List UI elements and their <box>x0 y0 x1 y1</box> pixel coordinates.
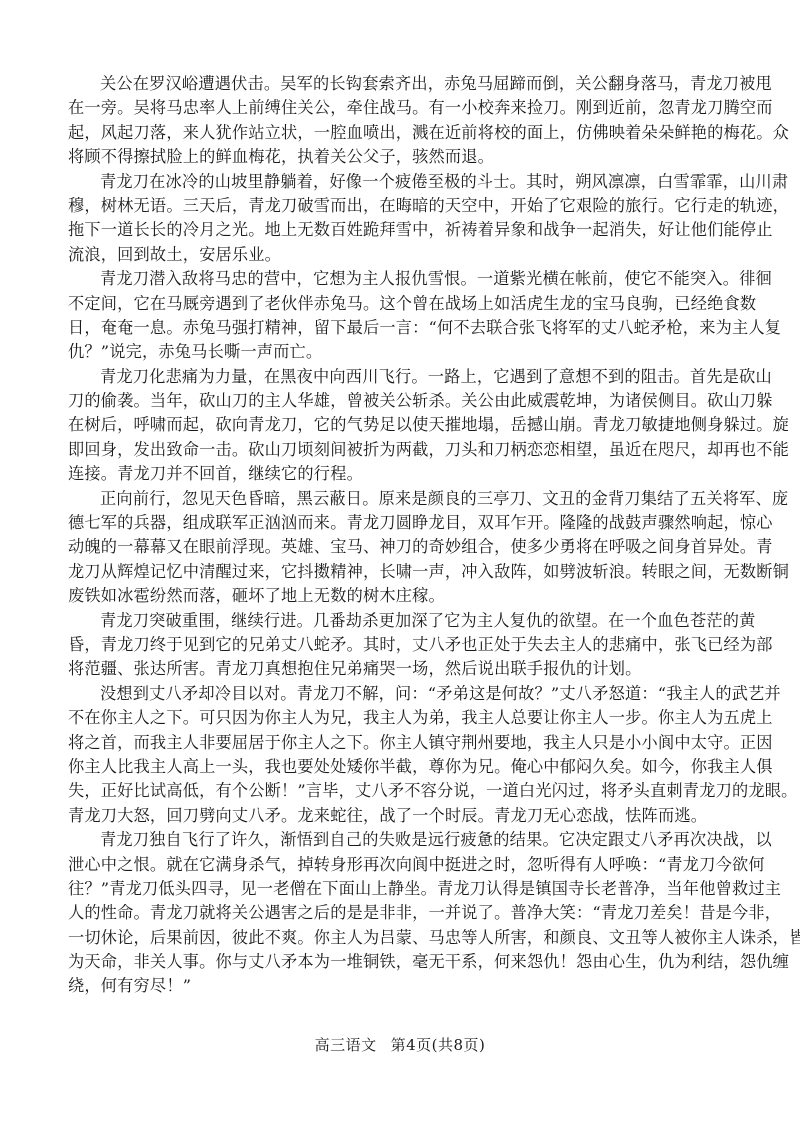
text-line: 失，正好比试高低，有个公断！”言毕，丈八矛不容分说，一道白光闪过，将矛头直刺青龙… <box>68 779 732 803</box>
text-line: 起，风起刀落，来人犹作站立状，一腔血喷出，溅在近前将校的面上，仿佛映着朵朵鲜艳的… <box>68 121 732 145</box>
text-line: 青龙刀突破重围，继续行进。几番劫杀更加深了它为主人复仇的欲望。在一个血色苍茫的黄 <box>68 609 732 633</box>
text-line: 泄心中之恨。就在它满身杀气，掉转身形再次向阆中挺进之时，忽听得有人呼唤：“青龙刀… <box>68 853 732 877</box>
text-line: 连接。青龙刀并不回首，继续它的行程。 <box>68 462 732 486</box>
text-line: 往？”青龙刀低头四寻，见一老僧在下面山上静坐。青龙刀认得是镇国寺长老普净，当年他… <box>68 877 732 901</box>
paragraph: 没想到丈八矛却冷目以对。青龙刀不解，问：“矛弟这是何故？”丈八矛怒道：“我主人的… <box>68 682 732 828</box>
text-line: 废铁如冰雹纷然而落，砸坏了地上无数的树木庄稼。 <box>68 584 732 608</box>
text-line: 将范疆、张达所害。青龙刀真想抱住兄弟痛哭一场，然后说出联手报仇的计划。 <box>68 657 732 681</box>
text-line: 正向前行，忽见天色昏暗，黑云蔽日。原来是颜良的三亭刀、文丑的金背刀集结了五关将军… <box>68 487 732 511</box>
paragraph: 正向前行，忽见天色昏暗，黑云蔽日。原来是颜良的三亭刀、文丑的金背刀集结了五关将军… <box>68 487 732 609</box>
text-line: 拖下一道长长的冷月之光。地上无数百姓跪拜雪中，祈祷着异象和战争一起消失，好让他们… <box>68 218 732 242</box>
paragraph: 青龙刀化悲痛为力量，在黑夜中向西川飞行。一路上，它遇到了意想不到的阻击。首先是砍… <box>68 365 732 487</box>
text-line: 在一旁。吴将马忠率人上前缚住关公，牵住战马。有一小校奔来捡刀。刚到近前，忽青龙刀… <box>68 96 732 120</box>
text-line: 你主人比我主人高上一头，我也要处处矮你半截，尊你为兄。俺心中郁闷久矣。如今，你我… <box>68 755 732 779</box>
text-line: 在树后，呼啸而起，砍向青龙刀，它的气势足以使天摧地塌，岳撼山崩。青龙刀敏捷地侧身… <box>68 413 732 437</box>
paragraph: 青龙刀突破重围，继续行进。几番劫杀更加深了它为主人复仇的欲望。在一个血色苍茫的黄… <box>68 609 732 682</box>
text-line: 流浪，回到故土，安居乐业。 <box>68 243 732 267</box>
text-line: 不在你主人之下。可只因为你主人为兄，我主人为弟，我主人总要让你主人一步。你主人为… <box>68 706 732 730</box>
text-line: 德七军的兵器，组成联军正汹汹而来。青龙刀圆睁龙目，双耳乍开。隆隆的战鼓声骤然响起… <box>68 511 732 535</box>
text-line: 即回身，发出致命一击。砍山刀顷刻间被折为两截，刀头和刀柄恋恋相望，虽近在咫尺，却… <box>68 438 732 462</box>
exam-page: 关公在罗汉峪遭遇伏击。吴军的长钩套索齐出，赤兔马屈蹄而倒，关公翻身落马，青龙刀被… <box>0 0 800 1131</box>
paragraph: 青龙刀独自飞行了许久，渐悟到自己的失败是远行疲惫的结果。它决定跟丈八矛再次决战，… <box>68 828 732 999</box>
footer-page-number: 第4页(共8页) <box>391 1036 486 1054</box>
text-line: 刀的偷袭。当年，砍山刀的主人华雄，曾被关公斩杀。关公由此威震乾坤，为诸侯侧目。砍… <box>68 389 732 413</box>
text-line: 绕，何有穷尽！” <box>68 974 732 998</box>
text-line: 关公在罗汉峪遭遇伏击。吴军的长钩套索齐出，赤兔马屈蹄而倒，关公翻身落马，青龙刀被… <box>68 72 732 96</box>
paragraph: 青龙刀在冰冷的山坡里静躺着，好像一个疲倦至极的斗士。其时，朔风凛凛，白雪霏霏，山… <box>68 170 732 268</box>
text-line: 日，奄奄一息。赤兔马强打精神，留下最后一言：“何不去联合张飞将军的丈八蛇矛枪，来… <box>68 316 732 340</box>
text-line: 仇？”说完，赤兔马长嘶一声而亡。 <box>68 340 732 364</box>
passage-body: 关公在罗汉峪遭遇伏击。吴军的长钩套索齐出，赤兔马屈蹄而倒，关公翻身落马，青龙刀被… <box>68 72 732 999</box>
paragraph: 关公在罗汉峪遭遇伏击。吴军的长钩套索齐出，赤兔马屈蹄而倒，关公翻身落马，青龙刀被… <box>68 72 732 170</box>
text-line: 没想到丈八矛却冷目以对。青龙刀不解，问：“矛弟这是何故？”丈八矛怒道：“我主人的… <box>68 682 732 706</box>
text-line: 为天命，非关人事。你与丈八矛本为一堆铜铁，毫无干系，何来怨仇！怨由心生，仇为利结… <box>68 950 732 974</box>
text-line: 穆，树林无语。三天后，青龙刀破雪而出，在晦暗的天空中，开始了它艰险的旅行。它行走… <box>68 194 732 218</box>
text-line: 青龙刀大怒，回刀劈向丈八矛。龙来蛇往，战了一个时辰。青龙刀无心恋战，怯阵而逃。 <box>68 804 732 828</box>
text-line: 青龙刀潜入敌将马忠的营中，它想为主人报仇雪恨。一道紫光横在帐前，使它不能突入。徘… <box>68 267 732 291</box>
text-line: 青龙刀化悲痛为力量，在黑夜中向西川飞行。一路上，它遇到了意想不到的阻击。首先是砍… <box>68 365 732 389</box>
footer-subject: 高三语文 <box>315 1036 377 1054</box>
text-line: 青龙刀独自飞行了许久，渐悟到自己的失败是远行疲惫的结果。它决定跟丈八矛再次决战，… <box>68 828 732 852</box>
text-line: 人的性命。青龙刀就将关公遇害之后的是是非非，一并说了。普净大笑：“青龙刀差矣！昔… <box>68 901 732 925</box>
text-line: 青龙刀在冰冷的山坡里静躺着，好像一个疲倦至极的斗士。其时，朔风凛凛，白雪霏霏，山… <box>68 170 732 194</box>
text-line: 动魄的一幕幕又在眼前浮现。英雄、宝马、神刀的奇妙组合，使多少勇将在呼吸之间身首异… <box>68 535 732 559</box>
text-line: 将顾不得擦拭脸上的鲜血梅花，执着关公父子，骇然而退。 <box>68 145 732 169</box>
page-footer: 高三语文第4页(共8页) <box>0 1033 800 1057</box>
text-line: 不定间，它在马厩旁遇到了老伙伴赤兔马。这个曾在战场上如活虎生龙的宝马良驹，已经绝… <box>68 292 732 316</box>
paragraph: 青龙刀潜入敌将马忠的营中，它想为主人报仇雪恨。一道紫光横在帐前，使它不能突入。徘… <box>68 267 732 365</box>
text-line: 龙刀从辉煌记忆中清醒过来，它抖擞精神，长啸一声，冲入敌阵，如劈波斩浪。转眼之间，… <box>68 560 732 584</box>
text-line: 昏，青龙刀终于见到它的兄弟丈八蛇矛。其时，丈八矛也正处于失去主人的悲痛中，张飞已… <box>68 633 732 657</box>
text-line: 一切休论，后果前因，彼此不爽。你主人为吕蒙、马忠等人所害，和颜良、文丑等人被你主… <box>68 926 732 950</box>
text-line: 将之首，而我主人非要屈居于你主人之下。你主人镇守荆州要地，我主人只是小小阆中太守… <box>68 731 732 755</box>
